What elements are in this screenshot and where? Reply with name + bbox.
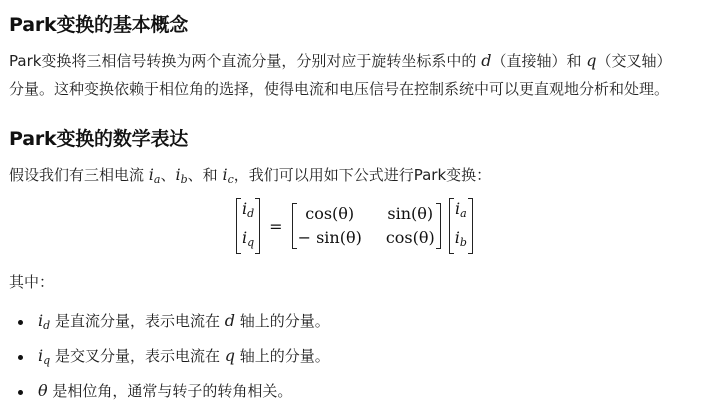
bullet-icon	[18, 320, 23, 325]
math-d: d	[481, 51, 491, 70]
section-title-math-expression: Park变换的数学表达	[9, 124, 188, 151]
park-transform-equation: id iq = cos(θ) sin(θ) − sin(θ) cos(θ) ia…	[236, 198, 473, 254]
text-segment: 、和	[188, 166, 223, 184]
where-label: 其中：	[9, 268, 54, 297]
section-title-basic-concept: Park变换的基本概念	[9, 10, 188, 37]
matrix-cell: − sin(θ)	[298, 227, 362, 249]
paragraph-line-2: 分量。这种变换依赖于相位角的选择，使得电流和电压信号在控制系统中可以更直观地分析…	[9, 75, 669, 104]
text-segment: 、	[160, 166, 175, 184]
matrix-cell: cos(θ)	[298, 203, 362, 225]
math-q: q	[586, 51, 596, 70]
bullet-icon	[18, 390, 23, 395]
paragraph-line-1: Park变换将三相信号转换为两个直流分量，分别对应于旋转坐标系中的 d（直接轴）…	[9, 46, 672, 76]
rhs-vector: ia ib	[449, 198, 473, 254]
text-segment: （交叉轴）	[596, 52, 671, 70]
text-segment: ，我们可以用如下公式进行Park变换：	[234, 166, 491, 184]
bullet-icon	[18, 355, 23, 360]
lhs-id: id	[242, 198, 254, 225]
text-segment: （直接轴）和	[491, 52, 586, 70]
text-segment: Park变换将三相信号转换为两个直流分量，分别对应于旋转坐标系中的	[9, 52, 481, 70]
list-item-text: id 是直流分量，表示电流在 d 轴上的分量。	[38, 310, 330, 332]
math-ia: ia	[149, 165, 161, 184]
text-segment: 假设我们有三相电流	[9, 166, 149, 184]
intro-paragraph: 假设我们有三相电流 ia、ib、和 ic，我们可以用如下公式进行Park变换：	[9, 160, 491, 194]
math-ib: ib	[175, 165, 187, 184]
matrix-cell: sin(θ)	[386, 203, 435, 225]
math-ic: ic	[222, 165, 233, 184]
rhs-ia: ia	[455, 198, 467, 225]
equals-sign: =	[269, 217, 282, 236]
matrix-cell: cos(θ)	[386, 227, 435, 249]
rhs-ib: ib	[455, 227, 467, 254]
rotation-matrix: cos(θ) sin(θ) − sin(θ) cos(θ)	[292, 203, 441, 249]
list-item-text: iq 是交叉分量，表示电流在 q 轴上的分量。	[38, 345, 330, 367]
lhs-vector: id iq	[236, 198, 260, 254]
list-item-text: θ 是相位角，通常与转子的转角相关。	[38, 380, 292, 402]
lhs-iq: iq	[242, 227, 254, 254]
